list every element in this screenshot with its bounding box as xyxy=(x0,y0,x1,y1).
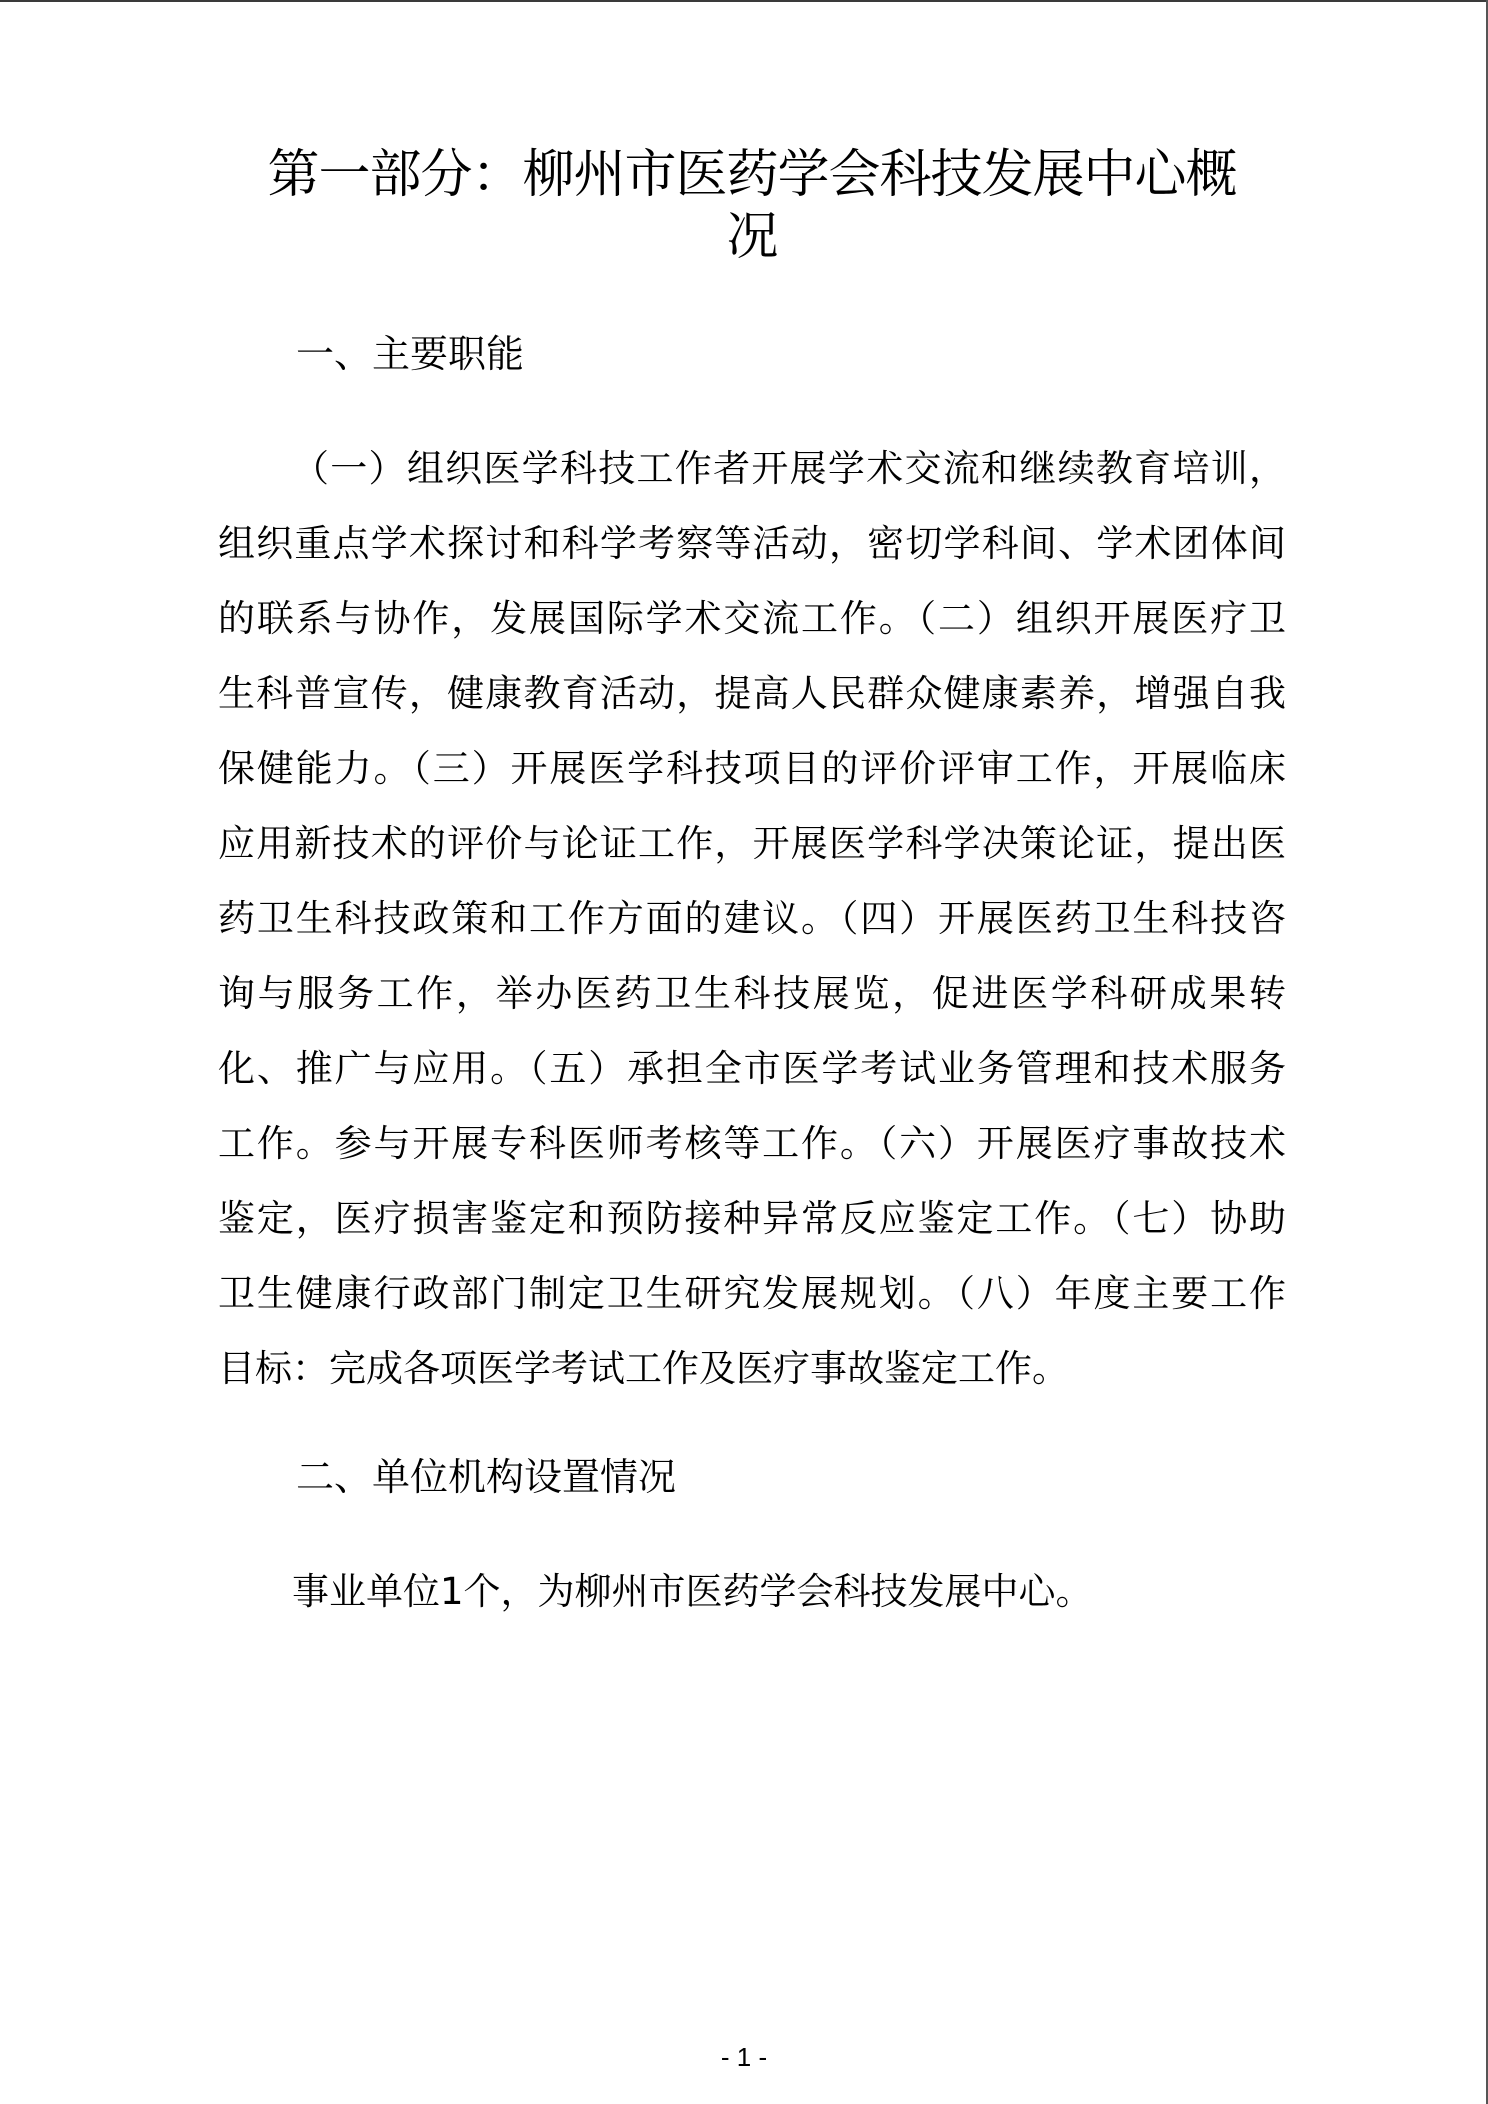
paragraph-line: 药卫生科技政策和工作方面的建议。（四）开展医药卫生科技咨 xyxy=(218,897,1286,972)
title-line-2: 况 xyxy=(726,207,777,267)
paragraph-line: 目标：完成各项医学考试工作及医疗事故鉴定工作。 xyxy=(218,1347,1286,1422)
paragraph-line: 询与服务工作，举办医药卫生科技展览，促进医学科研成果转 xyxy=(218,972,1286,1047)
main-functions-paragraph: （一）组织医学科技工作者开展学术交流和继续教育培训， 组织重点学术探讨和科学考察… xyxy=(218,447,1288,1422)
paragraph-line: 鉴定，医疗损害鉴定和预防接种异常反应鉴定工作。（七）协助 xyxy=(218,1197,1286,1272)
paragraph-line: 组织重点学术探讨和科学考察等活动，密切学科间、学术团体间 xyxy=(218,522,1286,597)
page-border-top xyxy=(0,0,1488,2)
page-title: 第一部分：柳州市医药学会科技发展中心概 况 xyxy=(220,144,1284,268)
paragraph-line: 生科普宣传，健康教育活动，提高人民群众健康素养，增强自我 xyxy=(218,672,1286,747)
org-structure-paragraph: 事业单位1个，为柳州市医药学会科技发展中心。 xyxy=(292,1570,1093,1614)
paragraph-line: 卫生健康行政部门制定卫生研究发展规划。（八）年度主要工作 xyxy=(218,1272,1286,1347)
paragraph-line: 工作。参与开展专科医师考核等工作。（六）开展医疗事故技术 xyxy=(218,1122,1286,1197)
paragraph-line: 化、推广与应用。（五）承担全市医学考试业务管理和技术服务 xyxy=(218,1047,1286,1122)
paragraph-line: 的联系与协作，发展国际学术交流工作。（二）组织开展医疗卫 xyxy=(218,597,1286,672)
section-heading-org-structure: 二、单位机构设置情况 xyxy=(296,1455,676,1499)
paragraph-line: 保健能力。（三）开展医学科技项目的评价评审工作，开展临床 xyxy=(218,747,1286,822)
section-heading-main-functions: 一、主要职能 xyxy=(296,332,524,376)
paragraph-line: 应用新技术的评价与论证工作，开展医学科学决策论证，提出医 xyxy=(218,822,1286,897)
page-number: - 1 - xyxy=(0,2042,1488,2072)
title-line-1: 第一部分：柳州市医药学会科技发展中心概 xyxy=(267,145,1236,205)
paragraph-line: （一）组织医学科技工作者开展学术交流和继续教育培训， xyxy=(218,447,1286,522)
